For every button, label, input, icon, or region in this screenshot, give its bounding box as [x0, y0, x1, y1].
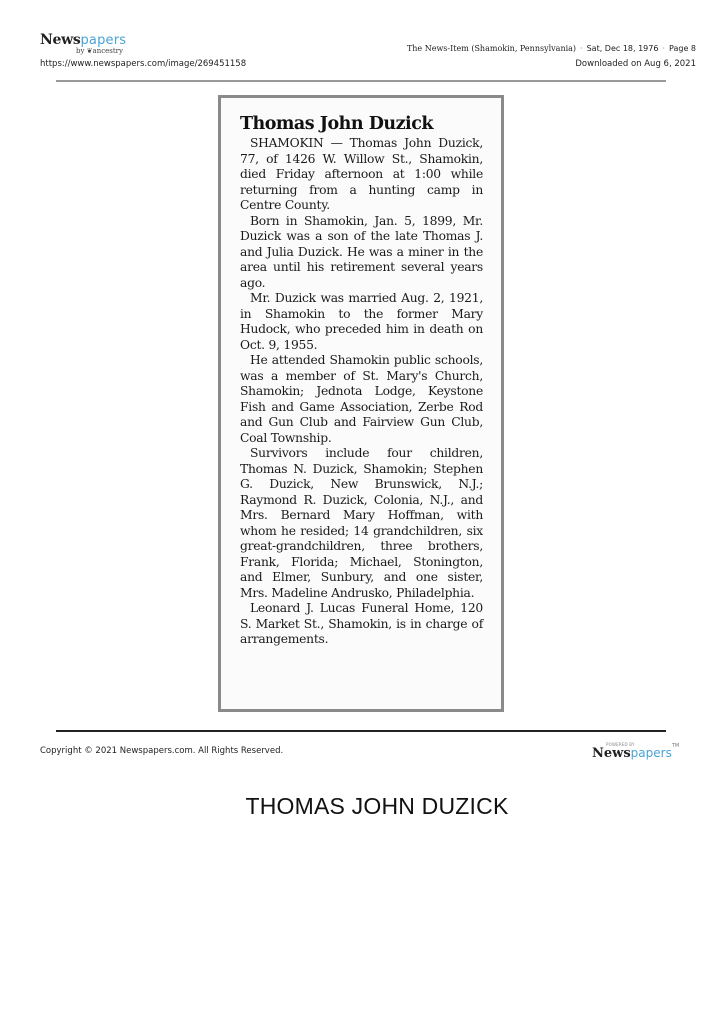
logo-word-news: News: [592, 746, 631, 761]
publication-date: Sat, Dec 18, 1976: [587, 44, 659, 53]
ancestry-byline: by ❦ancestry: [76, 48, 126, 55]
obituary-title: Thomas John Duzick: [240, 114, 483, 134]
trademark-mark: TM: [672, 743, 679, 749]
image-url: https://www.newspapers.com/image/2694511…: [40, 59, 246, 69]
newspaper-clipping: Thomas John Duzick SHAMOKIN — Thomas Joh…: [218, 95, 504, 712]
newspapers-logo: Newspapers by ❦ancestry: [40, 31, 126, 55]
header-divider: [56, 80, 666, 82]
obituary-paragraph: Leonard J. Lucas Funeral Home, 120 S. Ma…: [240, 601, 483, 648]
footer-divider: [56, 730, 666, 732]
document-caption: THOMAS JOHN DUZICK: [0, 793, 724, 820]
obituary-paragraph: He attended Shamokin public schools, was…: [240, 353, 483, 446]
powered-by-label: POWERED BY: [606, 743, 635, 747]
copyright-notice: Copyright © 2021 Newspapers.com. All Rig…: [40, 746, 283, 756]
publication-name: The News-Item (Shamokin, Pennsylvania): [407, 44, 576, 53]
powered-by-newspapers-logo: POWERED BY NewspapersTM: [592, 744, 679, 760]
obituary-paragraph: SHAMOKIN — Thomas John Duzick, 77, of 14…: [240, 136, 483, 214]
obituary-paragraph: Born in Shamokin, Jan. 5, 1899, Mr. Duzi…: [240, 214, 483, 292]
separator: ·: [580, 44, 583, 53]
obituary-paragraph: Survivors include four children, Thomas …: [240, 446, 483, 601]
separator: ·: [662, 44, 665, 53]
logo-word-papers: papers: [80, 33, 126, 48]
page-number: Page 8: [669, 44, 696, 53]
logo-word-papers: papers: [631, 746, 672, 760]
obituary-paragraph: Mr. Duzick was married Aug. 2, 1921, in …: [240, 291, 483, 353]
downloaded-date: Downloaded on Aug 6, 2021: [575, 59, 696, 69]
publication-info: The News-Item (Shamokin, Pennsylvania)·S…: [407, 44, 696, 53]
logo-word-news: News: [40, 32, 80, 48]
